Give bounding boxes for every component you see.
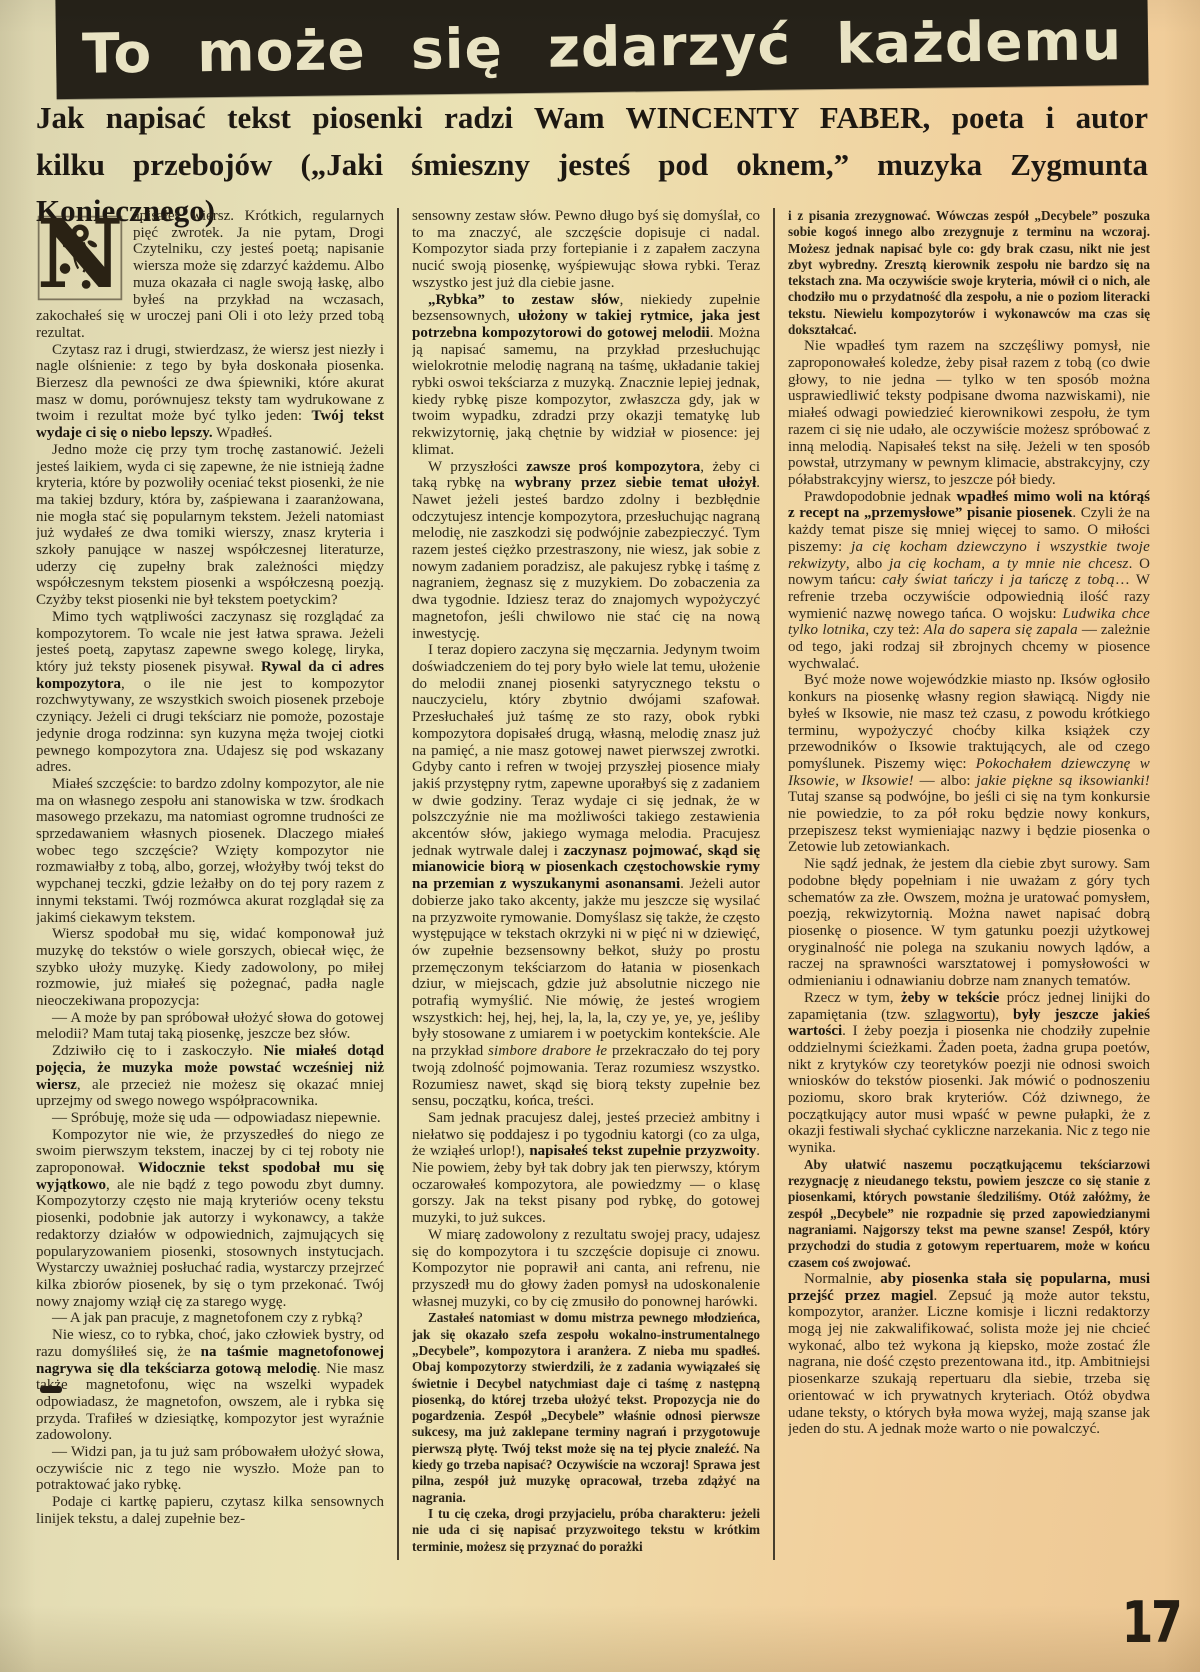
page-number: 17 (1121, 1590, 1180, 1656)
paragraph: Kompozytor nie wie, że przyszedłeś do ni… (36, 1127, 384, 1311)
paragraph: Czytasz raz i drugi, stwierdzasz, że wie… (36, 342, 384, 442)
paragraph: Prawdopodobnie jednak wpadłeś mimo woli … (788, 489, 1150, 673)
paragraph: Zdziwiło cię to i zaskoczyło. Nie miałeś… (36, 1043, 384, 1110)
paragraph: sensowny zestaw słów. Pewno długo byś si… (412, 208, 760, 292)
paragraph: — A może by pan spróbował ułożyć słowa d… (36, 1010, 384, 1043)
paragraph: Jedno może cię przy tym trochę zastanowi… (36, 442, 384, 609)
article-column-2: sensowny zestaw słów. Pewno długo byś si… (412, 208, 760, 1572)
paragraph: — Widzi pan, ja tu już sam próbowałem uł… (36, 1444, 384, 1494)
paragraph: Nie sądź jednak, że jestem dla ciebie zb… (788, 856, 1150, 990)
paragraph: Być może nowe wojewódzkie miasto np. Iks… (788, 672, 1150, 856)
column-rule (397, 208, 399, 1560)
paragraph: Aby ułatwić naszemu początkującemu tekśc… (788, 1157, 1150, 1271)
paragraph: i z pisania zrezygnować. Wówczas zespół … (788, 208, 1150, 338)
paragraph: Podaje ci kartkę papieru, czytasz kilka … (36, 1494, 384, 1527)
paragraph: W przyszłości zawsze proś kompozytora, ż… (412, 459, 760, 643)
paragraph: Zastałeś natomiast w domu mistrza pewneg… (412, 1310, 760, 1506)
drop-cap-letter: N (36, 208, 124, 305)
paragraph: Nie wiesz, co to rybka, choć, jako człow… (36, 1327, 384, 1444)
article-column-3: i z pisania zrezygnować. Wówczas zespół … (788, 208, 1150, 1572)
drop-cap: N (36, 212, 124, 304)
paragraph: I tu cię czeka, drogi przyjacielu, próba… (412, 1506, 760, 1555)
paragraph: Normalnie, aby piosenka stała się popula… (788, 1271, 1150, 1438)
header-banner: To może się zdarzyć każdemu (55, 0, 1148, 99)
paragraph: Mimo tych wątpliwości zaczynasz się rozg… (36, 609, 384, 776)
banner-title: To może się zdarzyć każdemu (55, 0, 1148, 100)
paragraph: — Spróbuję, może się uda — odpowiadasz n… (36, 1110, 384, 1127)
paragraph: Rzecz w tym, żeby w tekście prócz jednej… (788, 990, 1150, 1157)
paragraph: Wiersz spodobał mu się, widać komponował… (36, 926, 384, 1010)
article-column-1: N apisałeś wiersz. Krótkich, regularnych… (36, 208, 384, 1572)
article-body: N apisałeś wiersz. Krótkich, regularnych… (36, 208, 1150, 1572)
magazine-page: To może się zdarzyć każdemu Jak napisać … (0, 0, 1200, 1672)
paragraph: Miałeś szczęście: to bardzo zdolny kompo… (36, 776, 384, 926)
paragraph: I teraz dopiero zaczyna się męczarnia. J… (412, 642, 760, 1110)
paragraph: Nie wpadłeś tym razem na szczęśliwy pomy… (788, 338, 1150, 488)
ink-smudge (40, 1386, 62, 1393)
column-rule (773, 208, 775, 1560)
paragraph: — A jak pan pracuje, z magnetofonem czy … (36, 1310, 384, 1327)
headline-line-1: Jak napisać tekst piosenki radzi Wam WIN… (36, 94, 1148, 142)
paragraph: Sam jednak pracujesz dalej, jesteś przec… (412, 1110, 760, 1227)
paragraph: W miarę zadowolony z rezultatu swojej pr… (412, 1227, 760, 1311)
paragraph: „Rybka” to zestaw słów, niekiedy zupełni… (412, 292, 760, 459)
